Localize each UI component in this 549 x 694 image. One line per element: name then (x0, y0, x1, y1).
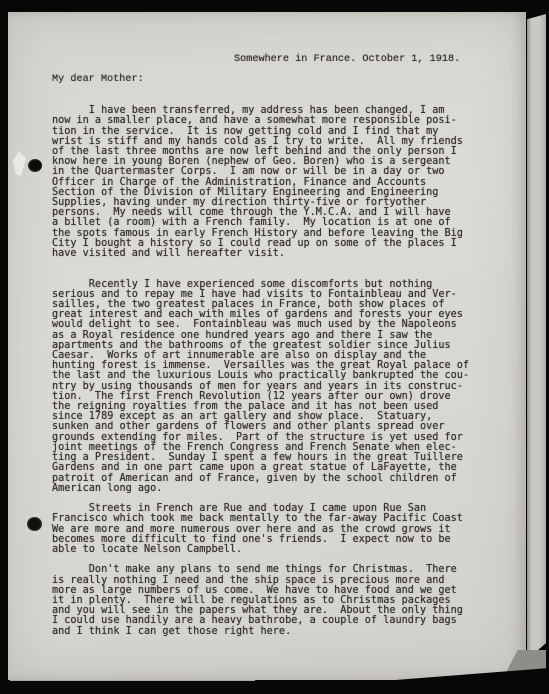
photo-border-top (0, 0, 549, 12)
photo-border-bottom (0, 681, 549, 694)
scanned-letter-photo: Somewhere in France. October 1, 1918. My… (0, 0, 549, 694)
binder-hole-bottom (27, 517, 42, 531)
page-stack-edge-right (527, 14, 546, 666)
letter-salutation: My dear Mother: (52, 75, 144, 85)
binder-hole-top (28, 159, 42, 172)
letter-body: I have been transferred, my address has … (52, 106, 469, 637)
photo-border-left (0, 0, 8, 694)
letter-dateline: Somewhere in France. October 1, 1918. (234, 55, 460, 65)
